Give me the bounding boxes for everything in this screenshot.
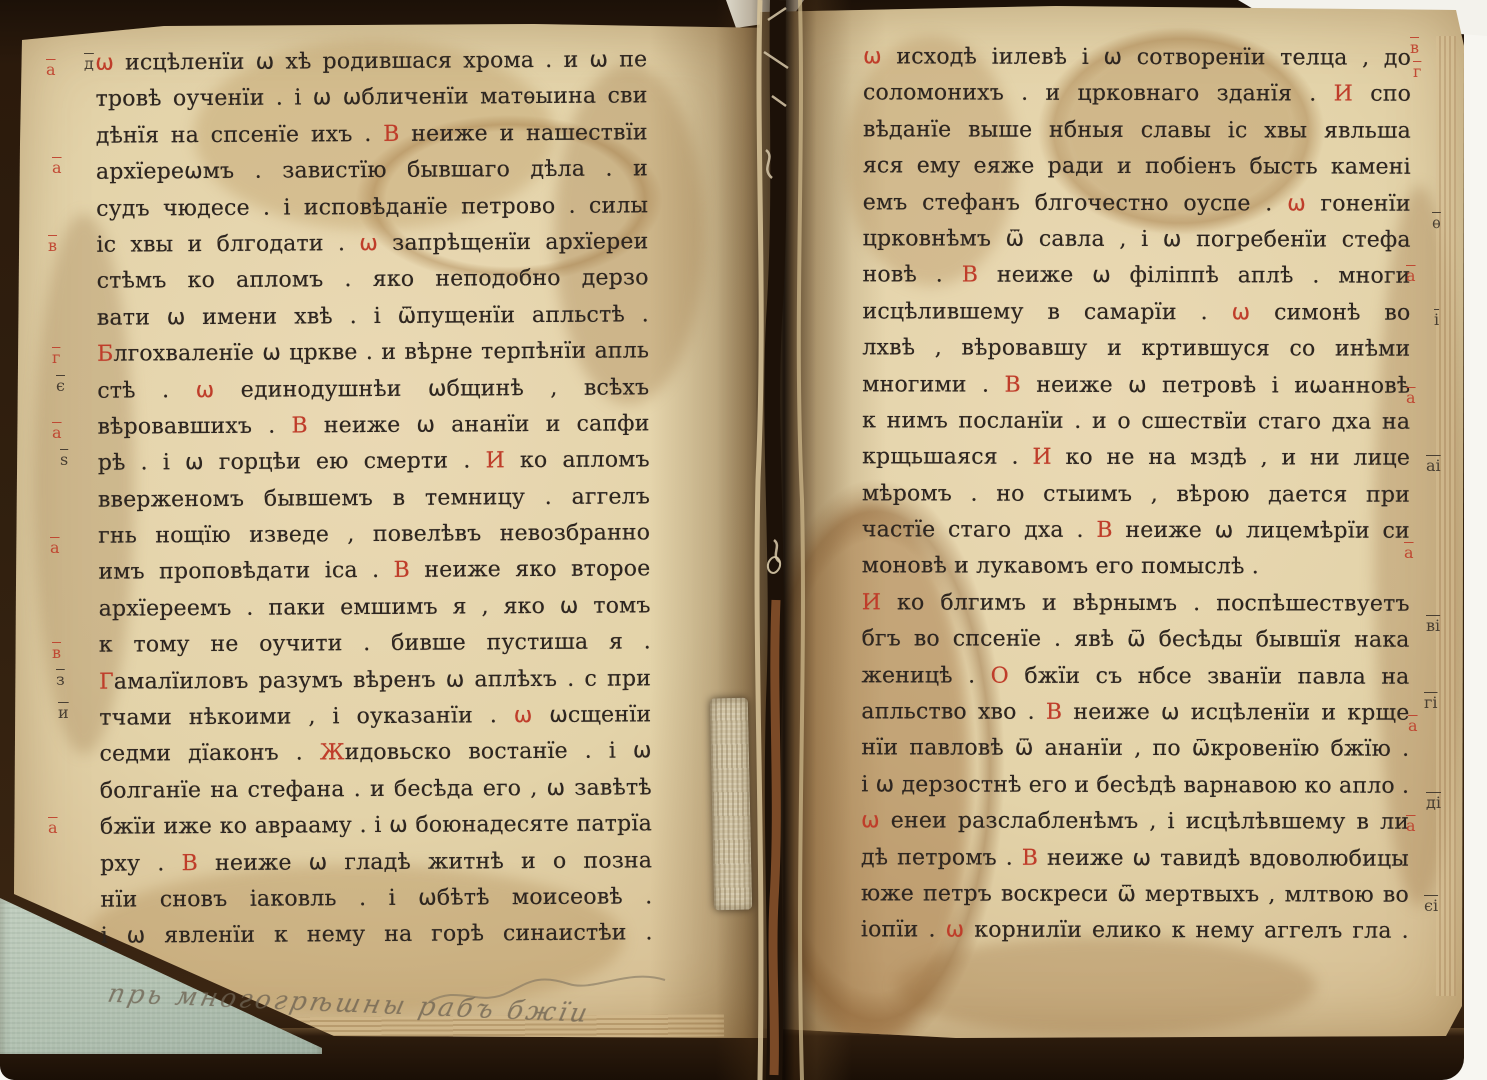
text-segment: исцѣлившему в самарїи . xyxy=(862,299,1231,325)
text-line: яся ему еяже ради и побіенъ бысть камені xyxy=(863,148,1411,186)
text-segment: вѣровавшихъ . xyxy=(97,413,291,439)
text-segment: іс хвы и блгодати . xyxy=(96,231,359,258)
rubric-initial: ѡ xyxy=(196,377,215,402)
text-line: исцѣлившему в самарїи . ѡ симонѣ во xyxy=(862,294,1410,332)
rubric-initial: В xyxy=(1005,372,1021,397)
text-line: ѡ исходѣ іилевѣ і ѡ сотворенїи телца , д… xyxy=(863,39,1411,77)
rubric-initial: В xyxy=(383,122,400,147)
text-segment: многими . xyxy=(862,372,1004,397)
text-segment: к тому не оучити . бивше пустиша я . xyxy=(99,630,651,658)
text-segment: вѣданїе выше нбныя славы іс хвы явльша xyxy=(863,117,1411,143)
text-line: архїереемъ . паки емшимъ я , яко ѡ томъ xyxy=(99,588,651,628)
text-line: тчами нѣкоими , і оуказанїи . ѡ ѡсщенїи xyxy=(99,697,651,737)
text-segment: апльство хво . xyxy=(861,699,1046,724)
text-segment: лхвѣ , вѣровавшу и кртившуся со инѣми xyxy=(862,335,1410,361)
text-segment: яся ему еяже ради и побіенъ бысть камені xyxy=(863,153,1411,179)
rubric-initial: В xyxy=(291,413,308,438)
text-segment: неиже яко второе xyxy=(410,557,651,583)
rubric-initial: ѡ xyxy=(1287,191,1306,216)
text-segment: исходѣ іилевѣ і ѡ сотворенїи телца , до … xyxy=(863,44,1411,77)
cloth-repair-patch xyxy=(710,698,752,911)
text-segment: црковнѣмъ ѿ савла , і ѡ погребенїи стефа xyxy=(863,226,1411,252)
text-segment: ко апломъ xyxy=(505,448,650,474)
text-line: стѣмъ ко апломъ . яко неподобно дерзо xyxy=(97,261,649,301)
text-line: нїи сновъ іаковль . і ѡбѣтѣ моисеовѣ . xyxy=(100,879,652,919)
text-segment: лгохваленїе ѡ цркве . и вѣрне терпѣнїи а… xyxy=(113,338,649,366)
text-segment: имъ проповѣдати іса . xyxy=(98,558,393,585)
text-line: новѣ . В неиже ѡ філіппѣ аплѣ . многи xyxy=(863,258,1411,296)
text-segment: к нимъ посланїи . и о сшествїи стаго дха… xyxy=(862,408,1410,434)
text-segment: тчами нѣкоими , і оуказанїи . xyxy=(99,703,514,731)
rubric-initial: В xyxy=(1046,700,1062,725)
text-line: вѣданїе выше нбныя славы іс хвы явльша xyxy=(863,112,1411,150)
rubric-initial: В xyxy=(1096,518,1112,543)
text-line: гнь нощїю изведе , повелѣвъ невозбранно xyxy=(98,515,650,555)
text-segment: симонѣ во xyxy=(1250,300,1410,325)
text-segment: исцѣленїи ѡ хѣ родившася хрома . и ѡ пе xyxy=(114,47,648,75)
stain xyxy=(896,936,1316,1036)
text-segment: спо xyxy=(1353,82,1411,107)
text-line: іопїи . ѡ корнилїи елико к нему аггелъ г… xyxy=(861,913,1409,951)
text-segment: і ѡ явленїи к нему на горѣ синаистѣи . xyxy=(101,921,653,949)
text-segment: запрѣщенїи архїереи xyxy=(378,229,649,256)
pen-flourish xyxy=(424,962,674,1014)
text-line: рѣ . і ѡ горцѣи ею смерти . И ко апломъ xyxy=(98,443,650,483)
text-line: вверженомъ бывшемъ в темницу . аггелъ xyxy=(98,479,650,519)
text-line: моновѣ и лукавомъ его помыслѣ . xyxy=(862,549,1410,587)
right-page-text: ѡ исходѣ іилевѣ і ѡ сотворенїи телца , д… xyxy=(861,39,1411,950)
text-line: і ѡ дерзостнѣ его и бесѣдѣ варнавою ко а… xyxy=(861,767,1409,805)
text-segment: идовьско востанїе . і ѡ xyxy=(345,739,652,766)
text-segment: нїи сновъ іаковль . і ѡбѣтѣ моисеовѣ . xyxy=(100,884,652,912)
rubric-initial: Ж xyxy=(320,741,345,766)
text-line: женицѣ . О бжїи съ нбсе званїи павла на xyxy=(861,658,1409,696)
text-line: седми дїаконъ . Жидовьско востанїе . і ѡ xyxy=(99,734,651,774)
rubric-initial: В xyxy=(182,851,199,876)
text-line: дѣ петромъ . В неиже ѡ тавидѣ вдоволюбиц… xyxy=(861,840,1409,878)
rubric-initial: О xyxy=(991,663,1009,688)
text-segment: архїереемъ . паки емшимъ я , яко ѡ томъ xyxy=(99,593,651,621)
text-segment: частїе стаго дха . xyxy=(862,517,1097,543)
text-segment: вверженомъ бывшемъ в темницу . аггелъ xyxy=(98,484,650,512)
text-line: вати ѡ имени хвѣ . і ѿпущенїи апльстѣ . xyxy=(97,297,649,337)
text-line: бжїи иже ко аврааму . і ѡ боюнадесяте па… xyxy=(100,807,652,847)
text-segment: бжїи иже ко аврааму . і ѡ боюнадесяте па… xyxy=(100,812,652,840)
text-segment: дѣ петромъ . xyxy=(861,845,1022,870)
text-line: іс хвы и блгодати . ѡ запрѣщенїи архїере… xyxy=(96,224,648,264)
text-segment: енеи разслабленѣмъ , і исцѣлѣвшему в ли xyxy=(880,809,1409,835)
text-line: имъ проповѣдати іса . В неиже яко второе xyxy=(98,552,650,592)
text-segment: бжїи съ нбсе званїи павла на xyxy=(1009,663,1410,689)
text-line: И ко блгимъ и вѣрнымъ . поспѣшествуетъ xyxy=(862,585,1410,623)
text-segment: нїи павловѣ ѿ ананїи , по ѿкровенїю бжїю… xyxy=(861,736,1409,762)
book-photo: ѡ исцѣленїи ѡ хѣ родившася хрома . и ѡ п… xyxy=(0,0,1487,1080)
text-segment: неиже ѡ філіппѣ аплѣ . многи xyxy=(978,263,1411,289)
text-line: Блгохваленїе ѡ цркве . и вѣрне терпѣнїи … xyxy=(97,333,649,373)
rubric-initial: В xyxy=(962,263,978,288)
text-segment: емъ стефанъ блгочестно оуспе . xyxy=(863,190,1288,216)
text-segment: неиже ѡ исцѣленїи и крще xyxy=(1062,700,1409,726)
text-segment: мѣромъ . но стыимъ , вѣрою дается при xyxy=(862,481,1410,507)
text-segment: корнилїи елико к нему аггелъ гла . xyxy=(964,918,1409,944)
rubric-initial: И xyxy=(1334,82,1353,107)
text-segment: моновѣ и лукавомъ его помыслѣ . xyxy=(862,554,1259,580)
text-line: мѣромъ . но стыимъ , вѣрою дается при xyxy=(862,476,1410,514)
rubric-initial: ѡ xyxy=(861,808,880,833)
text-line: ѡ исцѣленїи ѡ хѣ родившася хрома . и ѡ п… xyxy=(95,42,647,82)
text-segment: амалїиловъ разумъ вѣренъ ѡ аплѣхъ . с пр… xyxy=(114,666,651,694)
rubric-initial: В xyxy=(1022,845,1038,870)
text-segment: соломонихъ . и црковнаго зданїя . xyxy=(863,81,1334,107)
text-segment: іопїи . xyxy=(861,918,946,943)
text-segment: неиже ѡ петровѣ і иѡанновѣ xyxy=(1021,372,1410,398)
text-segment: тровѣ оученїи . і ѡ ѡбличенїи матѳыина с… xyxy=(95,84,647,112)
text-segment: ко не на мздѣ , и ни лице xyxy=(1052,445,1410,471)
text-line: емъ стефанъ блгочестно оуспе . ѡ гоненїи xyxy=(863,185,1411,223)
text-line: црковнѣмъ ѿ савла , і ѡ погребенїи стефа xyxy=(863,221,1411,259)
text-segment: рху . xyxy=(100,851,182,876)
text-segment: ко блгимъ и вѣрнымъ . поспѣшествуетъ xyxy=(881,590,1410,616)
rubric-initial: В xyxy=(394,558,411,583)
text-segment: неиже и нашествїи xyxy=(399,120,647,147)
text-line: к нимъ посланїи . и о сшествїи стаго дха… xyxy=(862,403,1410,441)
text-line: архїереѡмъ . завистїю бывшаго дѣла . и xyxy=(96,151,648,191)
text-segment: стѣмъ ко апломъ . яко неподобно дерзо xyxy=(97,266,649,294)
text-segment: неиже ѡ лицемѣрїи си xyxy=(1113,518,1410,544)
text-segment: бгъ во спсенїе . явѣ ѿ бесѣды бывшїя нак… xyxy=(862,627,1410,653)
text-line: рху . В неиже ѡ гладѣ житнѣ и о позна xyxy=(100,843,652,883)
text-line: тровѣ оученїи . і ѡ ѡбличенїи матѳыина с… xyxy=(95,79,647,119)
text-segment: болганїе на стефана . и бесѣда его , ѡ з… xyxy=(100,775,652,803)
rubric-initial: ѡ xyxy=(359,231,378,256)
text-segment: вати ѡ имени хвѣ . і ѿпущенїи апльстѣ . xyxy=(97,302,649,330)
rubric-initial: ѡ xyxy=(95,51,114,76)
text-segment: і ѡ дерзостнѣ его и бесѣдѣ варнавою ко а… xyxy=(861,772,1409,798)
text-line: і ѡ явленїи к нему на горѣ синаистѣи . xyxy=(101,916,653,956)
text-segment: единодушнѣи ѡбщинѣ , всѣхъ xyxy=(214,375,649,403)
text-segment: новѣ . xyxy=(863,263,962,288)
rubric-initial: ѡ xyxy=(514,703,533,728)
text-line: судъ чюдесе . і исповѣданїе петрово . си… xyxy=(96,188,648,228)
rubric-initial: И xyxy=(862,590,881,615)
text-line: бгъ во спсенїе . явѣ ѿ бесѣды бывшїя нак… xyxy=(862,622,1410,660)
text-segment: неиже ѡ гладѣ житнѣ и о позна xyxy=(198,848,652,876)
text-segment: крщьшаяся . xyxy=(862,445,1032,470)
text-segment: рѣ . і ѡ горцѣи ею смерти . xyxy=(98,449,486,476)
text-line: дѣнїя на спсенїе ихъ . В неиже и нашеств… xyxy=(96,115,648,155)
text-segment: женицѣ . xyxy=(861,663,990,688)
text-segment: гнь нощїю изведе , повелѣвъ невозбранно xyxy=(98,520,650,548)
rubric-initial: ѡ xyxy=(863,44,882,69)
text-line: стѣ . ѡ единодушнѣи ѡбщинѣ , всѣхъ xyxy=(97,370,649,410)
text-segment: дѣнїя на спсенїе ихъ . xyxy=(96,122,384,149)
text-segment: стѣ . xyxy=(97,378,196,404)
text-segment: архїереѡмъ . завистїю бывшаго дѣла . и xyxy=(96,156,648,184)
text-line: вѣровавшихъ . В неиже ѡ ананїи и сапфи xyxy=(97,406,649,446)
text-segment: судъ чюдесе . і исповѣданїе петрово . си… xyxy=(96,193,648,221)
rubric-initial: ѡ xyxy=(946,918,965,943)
text-segment: гоненїи xyxy=(1306,191,1411,216)
text-line: частїе стаго дха . В неиже ѡ лицемѣрїи с… xyxy=(862,512,1410,550)
rubric-initial: Г xyxy=(99,669,114,694)
text-line: соломонихъ . и црковнаго зданїя . И спо xyxy=(863,76,1411,114)
text-segment: ѡсщенїи xyxy=(532,702,651,728)
rubric-initial: И xyxy=(1032,445,1051,470)
text-line: нїи павловѣ ѿ ананїи , по ѿкровенїю бжїю… xyxy=(861,731,1409,769)
rubric-initial: ѡ xyxy=(1232,300,1251,325)
text-segment: юже петръ воскреси ѿ мертвыхъ , млтвою в… xyxy=(861,881,1409,907)
text-line: к тому не оучити . бивше пустиша я . xyxy=(99,625,651,665)
text-line: лхвѣ , вѣровавшу и кртившуся со инѣми xyxy=(862,330,1410,368)
text-line: крщьшаяся . И ко не на мздѣ , и ни лице xyxy=(862,440,1410,478)
text-line: многими . В неиже ѡ петровѣ і иѡанновѣ xyxy=(862,367,1410,405)
rubric-initial: Б xyxy=(97,342,114,367)
text-line: апльство хво . В неиже ѡ исцѣленїи и крщ… xyxy=(861,694,1409,732)
text-line: болганїе на стефана . и бесѣда его , ѡ з… xyxy=(100,770,652,810)
text-line: ѡ енеи разслабленѣмъ , і исцѣлѣвшему в л… xyxy=(861,803,1409,841)
rubric-initial: И xyxy=(485,448,505,473)
text-line: юже петръ воскреси ѿ мертвыхъ , млтвою в… xyxy=(861,876,1409,914)
left-page-text: ѡ исцѣленїи ѡ хѣ родившася хрома . и ѡ п… xyxy=(95,42,653,955)
page-edges-right xyxy=(1436,36,1456,996)
text-segment: седми дїаконъ . xyxy=(99,741,319,767)
text-segment: неиже ѡ ананїи и сапфи xyxy=(308,411,650,438)
text-line: Гамалїиловъ разумъ вѣренъ ѡ аплѣхъ . с п… xyxy=(99,661,651,701)
